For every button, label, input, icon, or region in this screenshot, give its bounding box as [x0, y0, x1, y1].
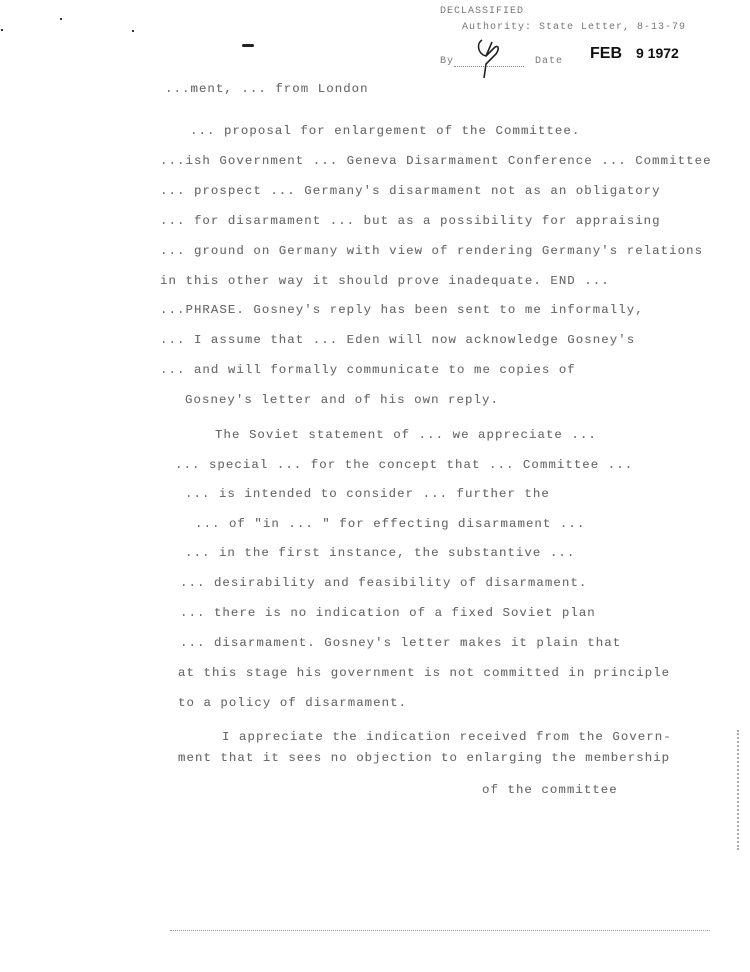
text-line: ... prospect ... Germany's disarmament n… [160, 184, 661, 198]
scan-speck [60, 18, 62, 20]
text-line: in this other way it should prove inadeq… [160, 274, 610, 288]
text-line: ... there is no indication of a fixed So… [180, 606, 596, 620]
text-line: ment that it sees no objection to enlarg… [178, 751, 670, 765]
stamp-date-label: Date [535, 56, 563, 68]
text-line: ...ment, ... from London [165, 82, 369, 96]
text-line: ... ground on Germany with view of rende… [160, 244, 703, 258]
text-line: ... and will formally communicate to me … [160, 363, 576, 377]
text-line: ... disarmament. Gosney's letter makes i… [180, 636, 621, 650]
scan-mark [242, 44, 254, 47]
text-line: ... is intended to consider ... further … [185, 487, 550, 501]
stamp-by-label: By [440, 56, 454, 68]
scan-footer-artifact [170, 930, 710, 931]
text-line: ...PHRASE. Gosney's reply has been sent … [160, 303, 644, 317]
text-line: Gosney's letter and of his own reply. [185, 393, 499, 407]
signature-initials-icon [472, 34, 508, 80]
scan-speck [132, 30, 134, 32]
text-line: ... for disarmament ... but as a possibi… [160, 214, 661, 228]
date-stamp: FEB9 1972 [590, 47, 679, 60]
text-line: ... special ... for the concept that ...… [175, 458, 633, 472]
text-line: ... desirability and feasibility of disa… [180, 576, 587, 590]
text-line: to a policy of disarmament. [178, 696, 407, 710]
text-line: of the committee [482, 783, 618, 797]
text-line: ... in the first instance, the substanti… [185, 546, 575, 560]
text-line: ... I assume that ... Eden will now ackn… [160, 333, 635, 347]
scan-edge-artifact [737, 730, 739, 850]
date-stamp-day-year: 9 1972 [636, 45, 679, 61]
text-line: ... proposal for enlargement of the Comm… [190, 124, 580, 138]
scan-speck [1, 29, 3, 31]
stamp-declassified-label: DECLASSIFIED [440, 6, 524, 18]
text-line: The Soviet statement of ... we appreciat… [215, 428, 597, 442]
document-page: DECLASSIFIED Authority: State Letter, 8-… [0, 0, 750, 972]
date-stamp-month: FEB [590, 45, 622, 62]
text-line: ...ish Government ... Geneva Disarmament… [160, 154, 712, 168]
text-line: I appreciate the indication received fro… [222, 730, 672, 744]
text-line: ... of "in ... " for effecting disarmame… [195, 517, 585, 531]
text-line: at this stage his government is not comm… [178, 666, 670, 680]
stamp-authority: Authority: State Letter, 8-13-79 [462, 22, 686, 34]
